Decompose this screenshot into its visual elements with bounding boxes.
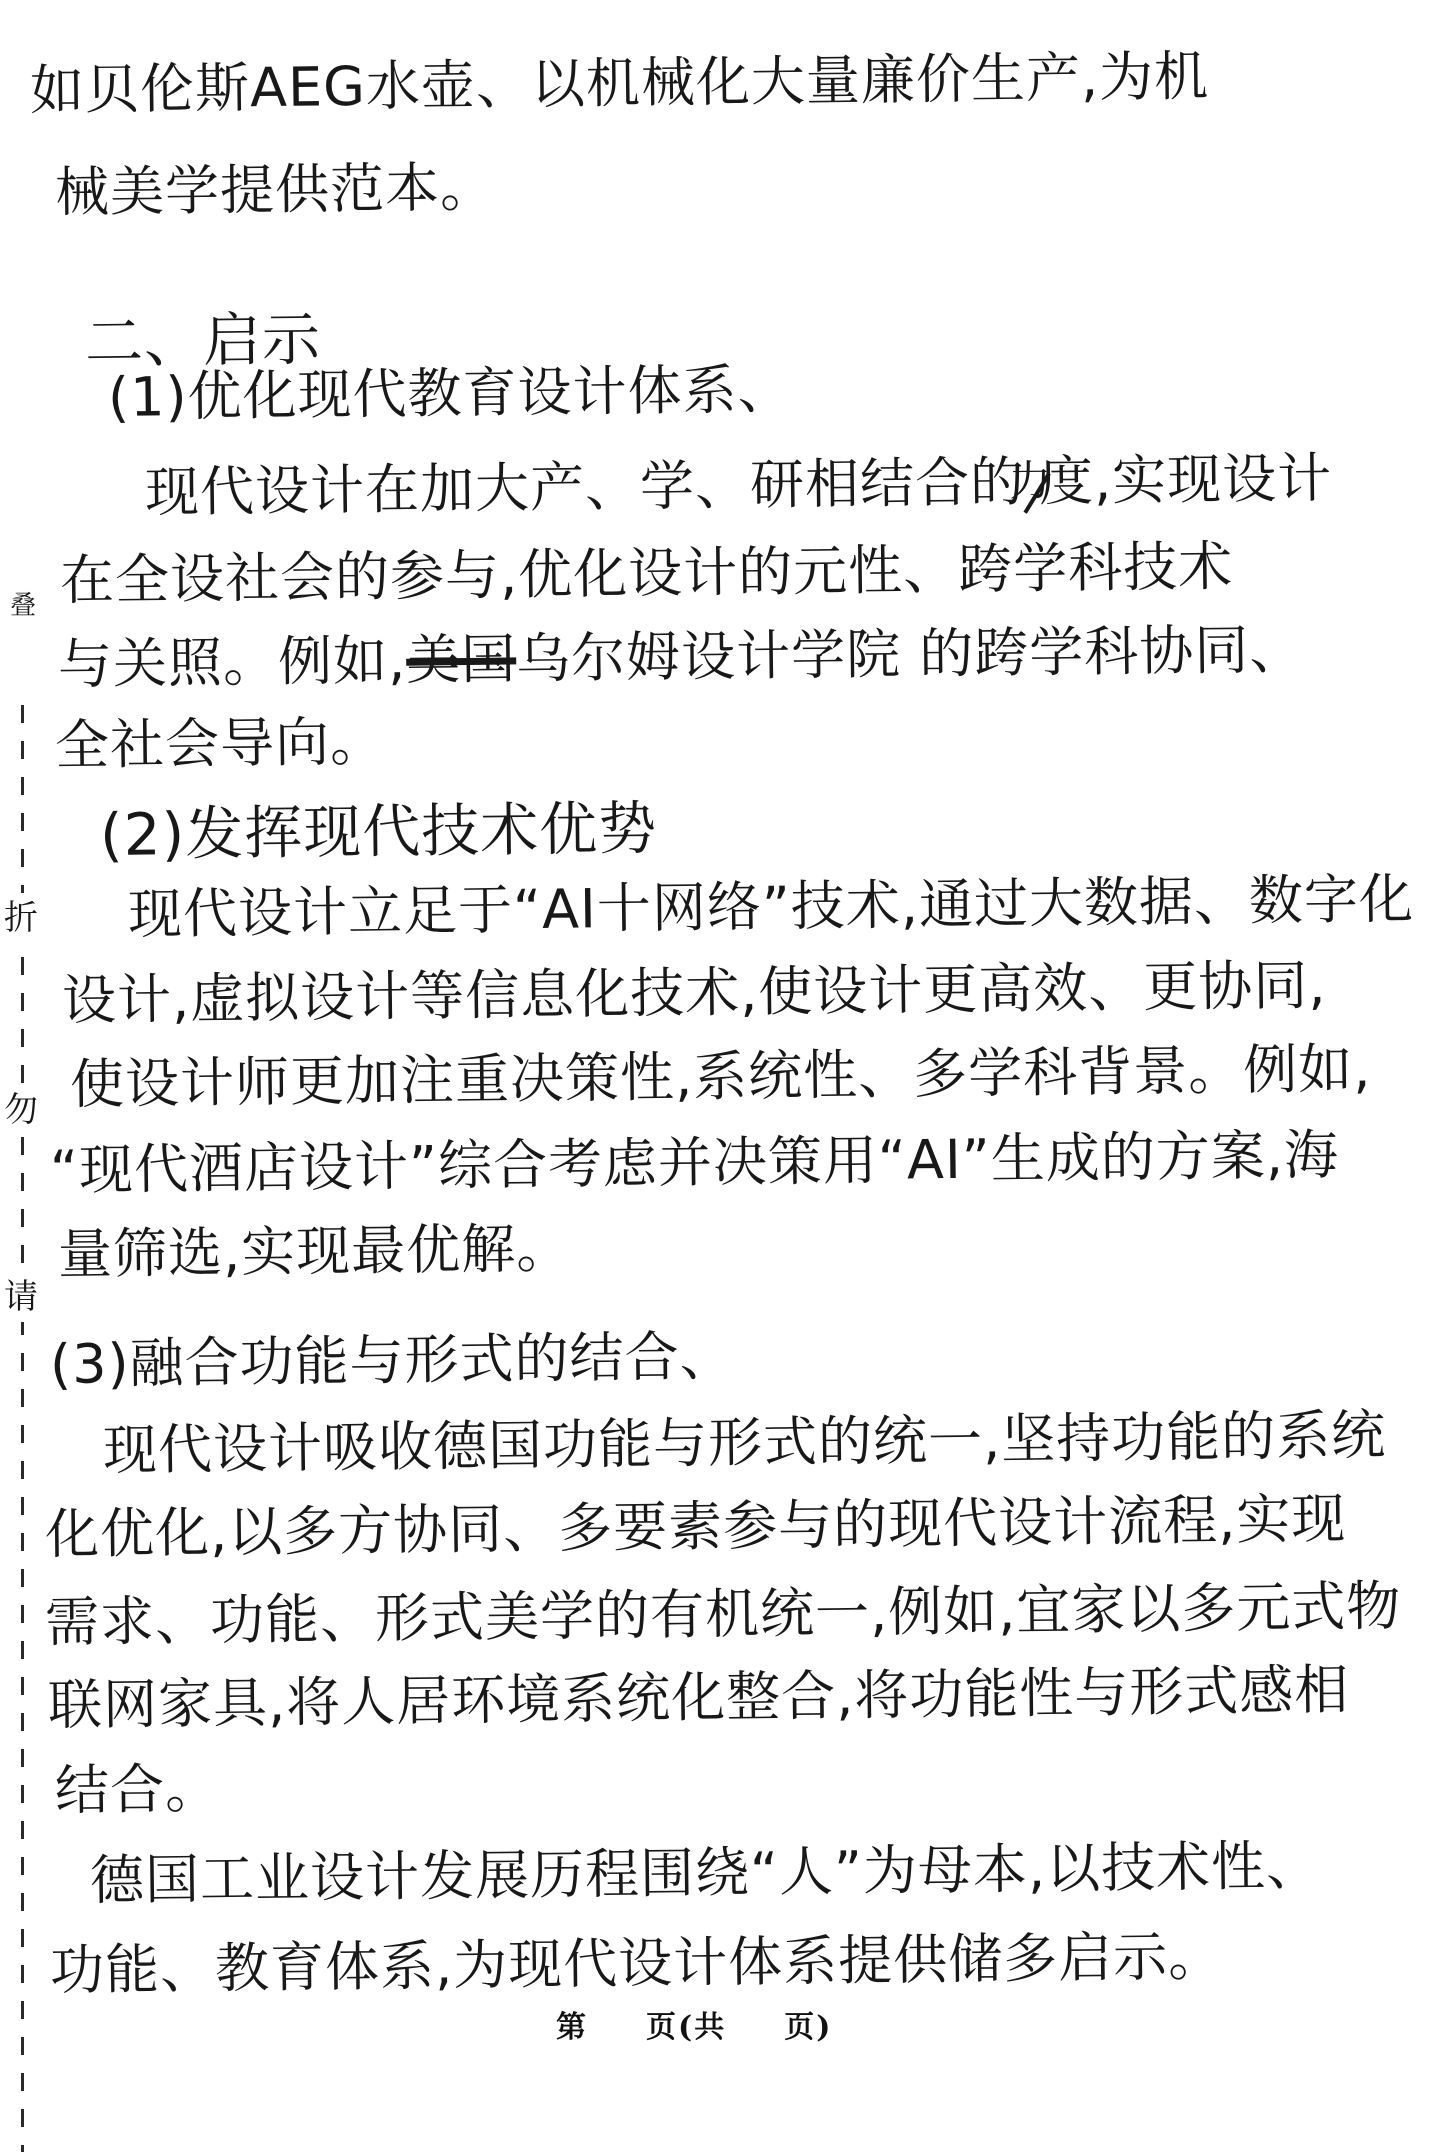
footer-prefix: 第 [556, 2010, 588, 2045]
margin-char: 请 [4, 1272, 38, 1322]
handwritten-line: 现代设计立足于“AI十网络”技术,通过大数据、数字化 [128, 856, 1415, 949]
handwritten-line: 现代设计在加大产、学、研相结合的力度,实现设计 [145, 435, 1333, 526]
handwritten-line: (3)融合功能与形式的结合、 [50, 1314, 735, 1399]
footer-mid: 页(共 [646, 2010, 726, 2045]
answer-sheet-page: 叠 折 勿 请 如贝伦斯AEG水壶、以机械化大量廉价生产,为机 械美学提供范本。… [0, 0, 1440, 2152]
handwritten-line: 功能、教育体系,为现代设计体系提供储多启示。 [50, 1914, 1224, 2005]
handwritten-line: 械美学提供范本。 [55, 145, 496, 227]
handwritten-line: 现代设计吸收德国功能与形式的统一,坚持功能的系统 [103, 1392, 1387, 1485]
section-heading: (2)发挥现代技术优势 [99, 781, 657, 872]
margin-char: 勿 [4, 1085, 38, 1135]
margin-char: 叠 [10, 585, 36, 627]
handwritten-line: 使设计师更加注重决策性,系统性、多学科背景。例如, [70, 1026, 1372, 1119]
handwritten-line: 全社会导向。 [55, 699, 386, 780]
page-number-footer: 第页(共页) [556, 2002, 832, 2046]
margin-char: 折 [4, 893, 38, 943]
line-text: 与关照。例如, [58, 629, 407, 696]
handwritten-line: 量筛选,实现最优解。 [58, 1206, 572, 1289]
handwritten-line: 联网家具,将人居环境系统化整合,将功能性与形式感相 [48, 1647, 1350, 1740]
handwritten-line: 德国工业设计发展历程围绕“人”为母本,以技术性、 [90, 1823, 1322, 1915]
handwritten-line: (1)优化现代教育设计体系、 [108, 347, 793, 432]
handwritten-line: 需求、功能、形式美学的有机统一,例如,宜家以多元式物 [45, 1563, 1402, 1657]
footer-suffix: 页) [784, 2010, 832, 2045]
handwritten-line: 在全设社会的参与,优化设计的元性、跨学科技术 [60, 524, 1234, 615]
handwritten-line: 结合。 [55, 1746, 221, 1825]
line-text: 现代设计在加大产、学、研相结合的 [145, 450, 1026, 524]
crossed-out-word: 美国 [406, 627, 517, 691]
handwritten-line: 与关照。例如,美国乌尔姆设计学院 的跨学科协同、 [58, 607, 1305, 699]
handwritten-line: 设计,虚拟设计等信息化技术,使设计更高效、更协同, [62, 943, 1327, 1035]
handwritten-line: 化优化,以多方协同、多要素参与的现代设计流程,实现 [45, 1476, 1347, 1569]
line-text: 度,实现设计 [1039, 446, 1333, 513]
line-text: 乌尔姆设计学院 的跨学科协同、 [516, 618, 1305, 691]
handwritten-line: “现代酒店设计”综合考虑并决策用“AI”生成的方案,海 [50, 1112, 1340, 1205]
handwritten-line: 如贝伦斯AEG水壶、以机械化大量廉价生产,为机 [30, 34, 1210, 125]
